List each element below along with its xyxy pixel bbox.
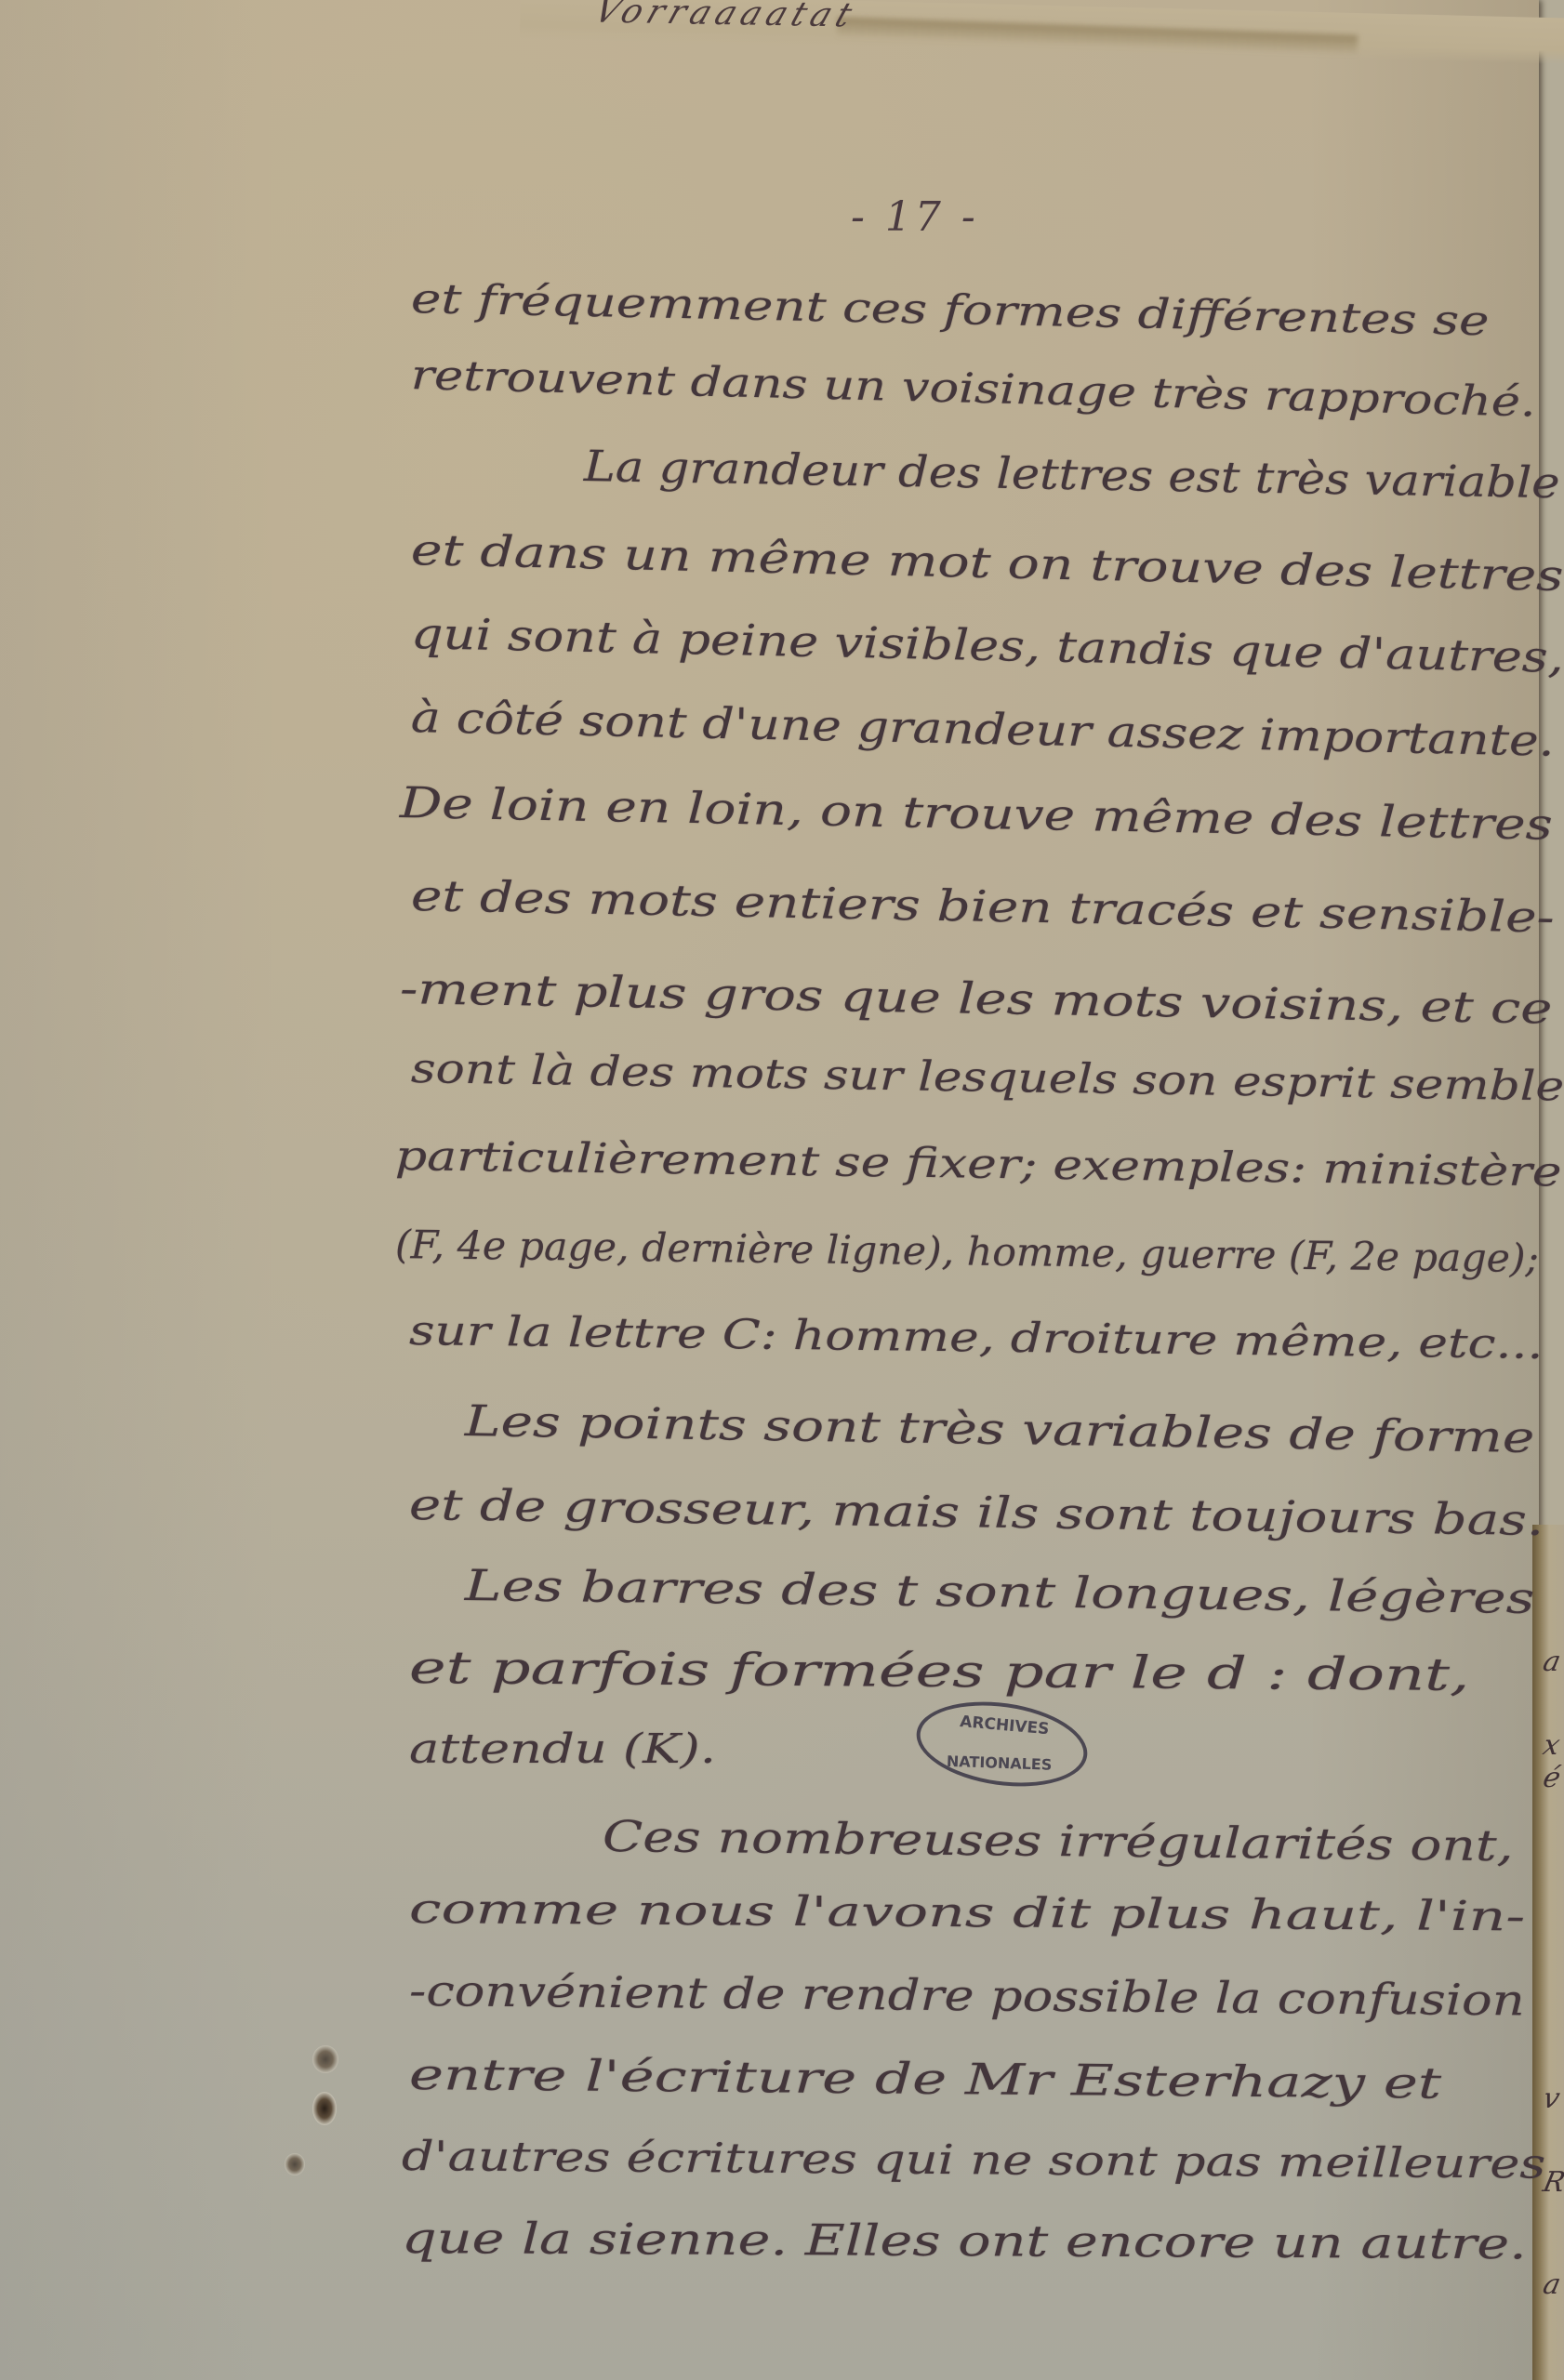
- page-number: - 17 -: [851, 193, 979, 241]
- manuscript-line: Les barres des t sont longues, légères: [465, 1564, 1535, 1620]
- manuscript-line: comme nous l'avons dit plus haut, l'in-: [409, 1889, 1525, 1937]
- manuscript-line: entre l'écriture de Mr Esterhazy et: [409, 2053, 1441, 2105]
- manuscript-line: d'autres écritures qui ne sont pas meill…: [402, 2136, 1546, 2186]
- manuscript-line: -convénient de rendre possible la confus…: [409, 1969, 1525, 2021]
- document-scene: Vorraaaatat axévRaa - 17 - et fréquemmen…: [0, 0, 1564, 2380]
- manuscript-line: que la sienne. Elles ont encore un autre…: [402, 2216, 1527, 2265]
- manuscript-line: et parfois formées par le d : dont,: [409, 1646, 1470, 1698]
- paper-hole: [312, 2045, 338, 2073]
- manuscript-line: attendu (K).: [409, 1729, 716, 1770]
- paper-hole: [285, 2153, 305, 2175]
- top-handwriting-fragment: Vorraaaatat: [590, 0, 862, 34]
- manuscript-line: Ces nombreuses irrégularités ont,: [603, 1815, 1514, 1867]
- paper-hole: [312, 2092, 337, 2125]
